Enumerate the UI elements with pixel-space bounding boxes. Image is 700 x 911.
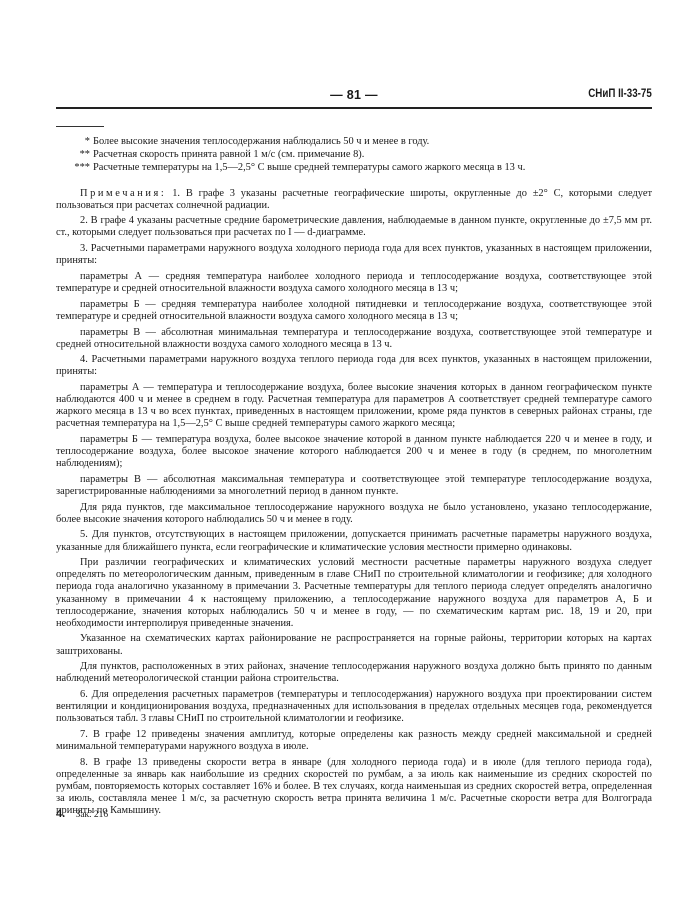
- note-paragraph: 8. В графе 13 приведены скорости ветра в…: [56, 757, 652, 817]
- page-header: — 81 — СНиП II-33-75: [56, 86, 652, 106]
- note-paragraph: 5. Для пунктов, отсутствующих в настояще…: [56, 529, 652, 553]
- note-paragraph: Для ряда пунктов, где максимальное тепло…: [56, 502, 652, 526]
- header-rule: [56, 107, 652, 109]
- footnote: **Расчетная скорость принята равной 1 м/…: [56, 148, 652, 161]
- footnote-mark: **: [56, 148, 93, 161]
- note-paragraph: 6. Для определения расчетных параметров …: [56, 689, 652, 725]
- footnote: *Более высокие значения теплосодержания …: [56, 135, 652, 148]
- note-paragraph: 3. Расчетными параметрами наружного возд…: [56, 243, 652, 267]
- notes-heading: Примечания:: [80, 188, 166, 199]
- page-footer: 4. Зак. 216: [56, 808, 108, 820]
- footnotes: *Более высокие значения теплосодержания …: [56, 135, 652, 175]
- note-paragraph: 7. В графе 12 приведены значения амплиту…: [56, 729, 652, 753]
- footnote-text: Расчетная скорость принята равной 1 м/с …: [93, 149, 364, 160]
- note-paragraph: 4. Расчетными параметрами наружного возд…: [56, 354, 652, 378]
- footnote-text: Расчетные температуры на 1,5—2,5° С выше…: [93, 162, 525, 173]
- notes-section: Примечания: 1. В графе 3 указаны расчетн…: [56, 188, 652, 818]
- footnote-rule: [56, 126, 104, 127]
- footnote-mark: *: [56, 135, 93, 148]
- footnote-mark: ***: [56, 161, 93, 174]
- note-paragraph: параметры В — абсолютная минимальная тем…: [56, 327, 652, 351]
- note-paragraph: Примечания: 1. В графе 3 указаны расчетн…: [56, 188, 652, 212]
- note-paragraph: параметры А — средняя температура наибол…: [56, 271, 652, 295]
- note-paragraph: параметры В — абсолютная максимальная те…: [56, 474, 652, 498]
- order-number: Зак. 216: [76, 810, 109, 820]
- note-paragraph: Для пунктов, расположенных в этих района…: [56, 661, 652, 685]
- note-paragraph: параметры Б — средняя температура наибол…: [56, 299, 652, 323]
- note-paragraph: Указанное на схематических картах райони…: [56, 633, 652, 657]
- footnote: ***Расчетные температуры на 1,5—2,5° С в…: [56, 161, 652, 174]
- note-paragraph: параметры А — температура и теплосодержа…: [56, 382, 652, 430]
- document-page: — 81 — СНиП II-33-75 *Более высокие знач…: [56, 86, 652, 821]
- note-paragraph: При различии географических и климатичес…: [56, 557, 652, 630]
- document-code: СНиП II-33-75: [588, 88, 652, 100]
- sheet-number: 4.: [56, 808, 65, 820]
- footnote-text: Более высокие значения теплосодержания н…: [93, 136, 429, 147]
- note-paragraph: 2. В графе 4 указаны расчетные средние б…: [56, 215, 652, 239]
- note-paragraph: параметры Б — температура воздуха, более…: [56, 434, 652, 470]
- page-number: — 81 —: [56, 88, 652, 102]
